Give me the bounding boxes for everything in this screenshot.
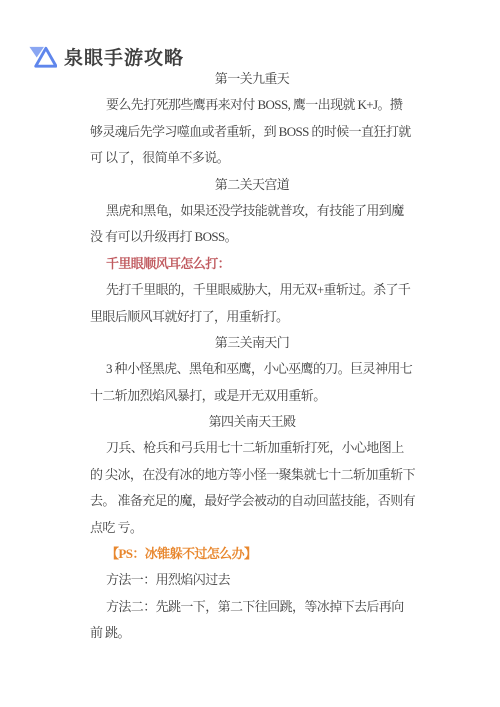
subhead-red: 千里眼顺风耳怎么打： xyxy=(90,251,414,277)
paragraph-line: 先打千里眼的，千里眼威胁大，用无双+重斩过。杀了千 xyxy=(90,277,414,303)
paragraph-line: 前 跳。 xyxy=(90,620,414,646)
paragraph-line: 方法一：用烈焰闪过去 xyxy=(90,567,414,593)
document-page: 泉眼手游攻略 第一关九重天要么先打死那些鹰再来对付 BOSS, 鹰一出现就 K+… xyxy=(0,0,500,707)
paragraph-line: 刀兵、枪兵和弓兵用七十二斩加重斩打死，小心地图上 xyxy=(90,435,414,461)
article-body: 第一关九重天要么先打死那些鹰再来对付 BOSS, 鹰一出现就 K+J。攒够灵魂后… xyxy=(90,66,414,647)
subhead-orange: 【PS：冰锥躲不过怎么办】 xyxy=(90,541,414,567)
section-heading: 第四关南天王殿 xyxy=(90,409,414,435)
section-heading: 第二关天宫道 xyxy=(90,172,414,198)
paragraph-line: 去。 准备充足的魔，最好学会被动的自动回蓝技能，否则有 xyxy=(90,488,414,514)
paragraph-line: 十二斩加烈焰风暴打，或是开无双用重斩。 xyxy=(90,383,414,409)
paragraph-line: 3 种小怪黑虎、黑龟和巫鹰，小心巫鹰的刀。巨灵神用七 xyxy=(90,356,414,382)
paragraph-line: 方法二：先跳一下，第二下往回跳，等冰掉下去后再向 xyxy=(90,594,414,620)
paragraph-line: 要么先打死那些鹰再来对付 BOSS, 鹰一出现就 K+J。攒 xyxy=(90,92,414,118)
section-heading: 第三关南天门 xyxy=(90,330,414,356)
paragraph-line: 可 以了，很简单不多说。 xyxy=(90,145,414,171)
paragraph-line: 点吃 亏。 xyxy=(90,515,414,541)
paragraph-line: 够灵魂后先学习噬血或者重斩，到 BOSS 的时候一直狂打就 xyxy=(90,119,414,145)
section-heading: 第一关九重天 xyxy=(90,66,414,92)
paragraph-line: 没 有可以升级再打 BOSS。 xyxy=(90,224,414,250)
paragraph-line: 里眼后顺风耳就好打了，用重斩打。 xyxy=(90,304,414,330)
paragraph-line: 黑虎和黑龟，如果还没学技能就普攻，有技能了用到魔 xyxy=(90,198,414,224)
paragraph-line: 的 尖冰，在没有冰的地方等小怪一聚集就七十二斩加重斩下 xyxy=(90,462,414,488)
logo-triangle-icon xyxy=(28,43,57,70)
